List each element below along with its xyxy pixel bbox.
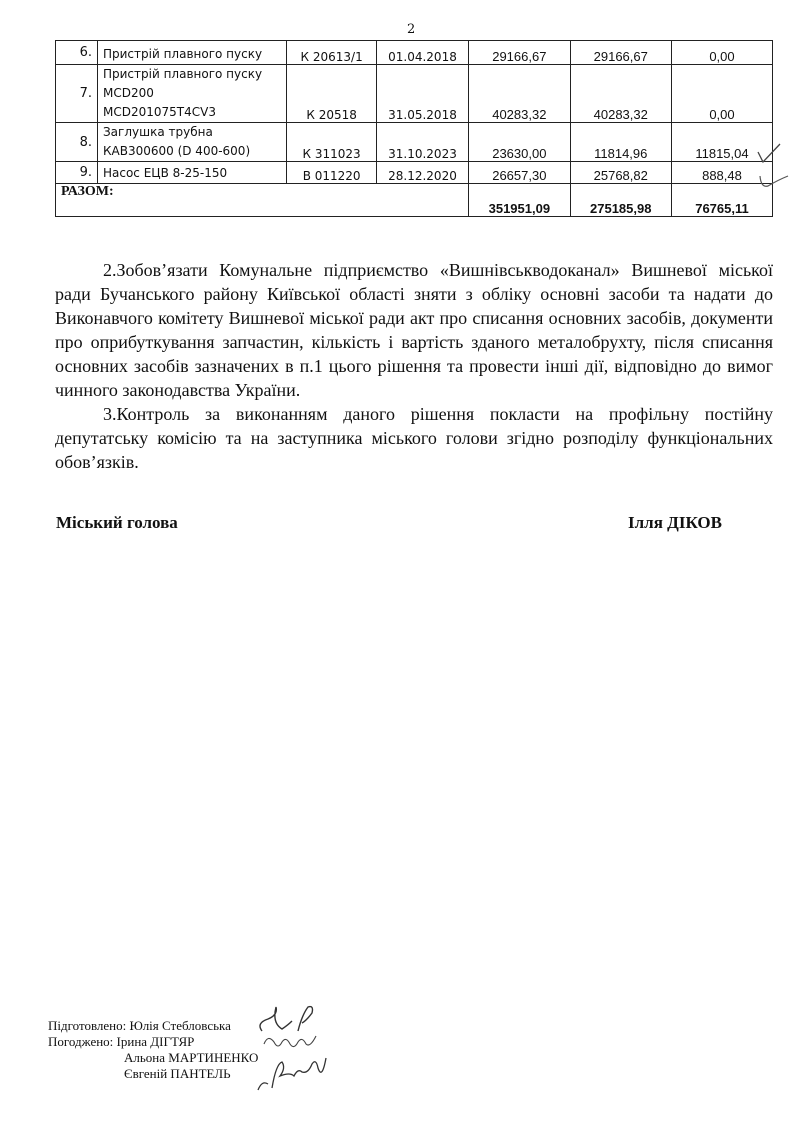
- table-row: 8. Заглушка трубна КАВ300600 (D 400-600)…: [56, 123, 773, 162]
- row-number: 8.: [56, 123, 98, 162]
- signature-scribble-icon: [252, 1054, 332, 1094]
- initial-cost: 23630,00: [469, 123, 570, 162]
- total-label: РАЗОМ:: [56, 184, 469, 217]
- signature-scribble-icon: [260, 1032, 320, 1056]
- asset-name: Насос ЕЦВ 8-25-150: [97, 162, 286, 184]
- signatory-position: Міський голова: [56, 513, 178, 533]
- inventory-number: К 20613/1: [287, 41, 376, 65]
- inventory-number: К 20518: [287, 65, 376, 123]
- fixed-assets-table: 6. Пристрій плавного пуску К 20613/1 01.…: [55, 40, 773, 217]
- asset-name-line: MCD201075T4CV3: [103, 103, 281, 122]
- initial-cost: 29166,67: [469, 41, 570, 65]
- decision-text: 2.Зобов’язати Комунальне підприємство «В…: [55, 258, 773, 474]
- depreciation: 40283,32: [570, 65, 671, 123]
- commission-date: 28.12.2020: [376, 162, 468, 184]
- initial-cost: 40283,32: [469, 65, 570, 123]
- agreed-by-2: Альона МАРТИНЕНКО: [48, 1050, 258, 1066]
- table-row: 7. Пристрій плавного пуску MCD200 MCD201…: [56, 65, 773, 123]
- page-number: 2: [407, 22, 415, 37]
- checkmark-icon: [756, 142, 782, 166]
- depreciation: 11814,96: [570, 123, 671, 162]
- checkmark-icon: [758, 172, 790, 192]
- initial-cost: 26657,30: [469, 162, 570, 184]
- total-initial-cost: 351951,09: [469, 184, 570, 217]
- commission-date: 01.04.2018: [376, 41, 468, 65]
- asset-name: Пристрій плавного пуску MCD200 MCD201075…: [97, 65, 286, 123]
- row-number: 7.: [56, 65, 98, 123]
- asset-name: Пристрій плавного пуску: [97, 41, 286, 65]
- signature-scribble-icon: [252, 1003, 322, 1035]
- paragraph-3: 3.Контроль за виконанням даного рішення …: [55, 402, 773, 474]
- residual-value: 0,00: [671, 65, 772, 123]
- paragraph-2: 2.Зобов’язати Комунальне підприємство «В…: [55, 258, 773, 402]
- asset-name: Заглушка трубна КАВ300600 (D 400-600): [97, 123, 286, 162]
- asset-name-line: Пристрій плавного пуску: [103, 65, 281, 84]
- row-number: 9.: [56, 162, 98, 184]
- depreciation: 29166,67: [570, 41, 671, 65]
- depreciation: 25768,82: [570, 162, 671, 184]
- inventory-number: В 011220: [287, 162, 376, 184]
- total-row: РАЗОМ: 351951,09 275185,98 76765,11: [56, 184, 773, 217]
- inventory-number: К 311023: [287, 123, 376, 162]
- row-number: 6.: [56, 41, 98, 65]
- asset-name-line: Насос ЕЦВ 8-25-150: [103, 164, 281, 183]
- asset-name-line: Пристрій плавного пуску: [103, 45, 281, 64]
- asset-name-line: КАВ300600 (D 400-600): [103, 142, 281, 161]
- approval-block: Підготовлено: Юлія Стебловська Погоджено…: [48, 1018, 258, 1082]
- table-row: 6. Пристрій плавного пуску К 20613/1 01.…: [56, 41, 773, 65]
- asset-name-line: MCD200: [103, 84, 281, 103]
- commission-date: 31.05.2018: [376, 65, 468, 123]
- signatory-name: Ілля ДІКОВ: [628, 513, 722, 533]
- prepared-by: Підготовлено: Юлія Стебловська: [48, 1018, 258, 1034]
- agreed-by: Погоджено: Ірина ДІГТЯР: [48, 1034, 258, 1050]
- asset-name-line: Заглушка трубна: [103, 123, 281, 142]
- residual-value: 0,00: [671, 41, 772, 65]
- agreed-by-3: Євгеній ПАНТЕЛЬ: [48, 1066, 258, 1082]
- table-row: 9. Насос ЕЦВ 8-25-150 В 011220 28.12.202…: [56, 162, 773, 184]
- total-depreciation: 275185,98: [570, 184, 671, 217]
- commission-date: 31.10.2023: [376, 123, 468, 162]
